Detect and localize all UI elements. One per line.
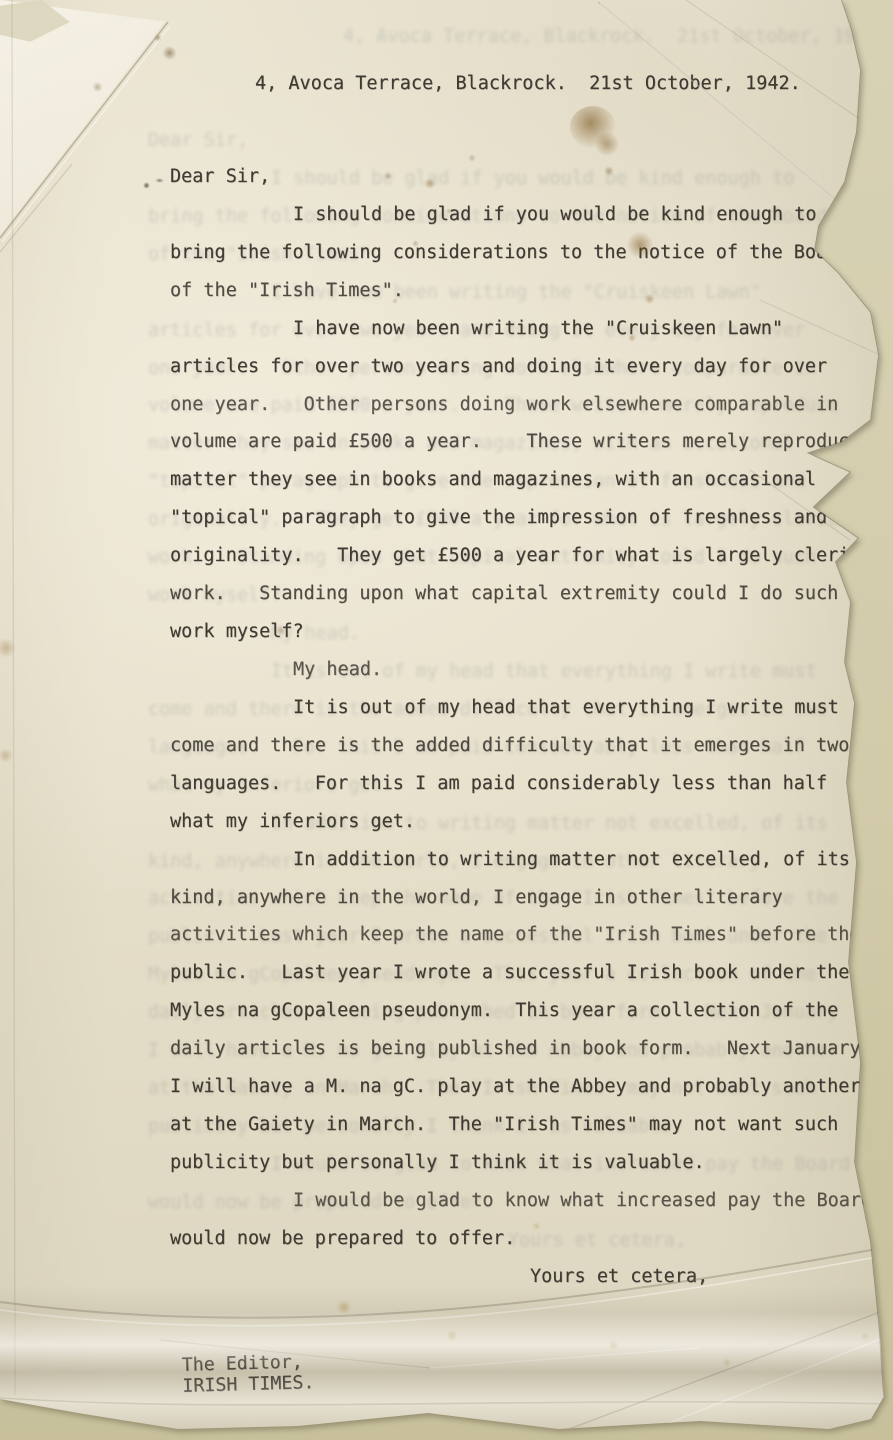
letter-line: My head. bbox=[170, 651, 893, 689]
letter-line: work. Standing upon what capital extremi… bbox=[170, 575, 893, 613]
letter-line: would now be prepared to offer. bbox=[170, 1220, 893, 1258]
letter-line: It is out of my head that everything I w… bbox=[170, 689, 893, 727]
letter-line: "topical" paragraph to give the impressi… bbox=[170, 499, 893, 537]
letter-line: activities which keep the name of the "I… bbox=[170, 916, 893, 954]
letter-line: one year. Other persons doing work elsew… bbox=[170, 386, 893, 424]
letter-line: I have now been writing the "Cruiskeen L… bbox=[170, 310, 893, 348]
letter-line: I would be glad to know what increased p… bbox=[170, 1182, 893, 1220]
letter-line: bring the following considerations to th… bbox=[170, 234, 893, 272]
letter-line: Dear Sir, bbox=[170, 158, 893, 196]
letter-body: Dear Sir,I should be glad if you would b… bbox=[170, 158, 893, 1296]
stain-mark bbox=[155, 178, 164, 183]
letter-line: In addition to writing matter not excell… bbox=[170, 841, 893, 879]
stain-mark bbox=[570, 106, 616, 148]
letter-line: come and there is the added difficulty t… bbox=[170, 727, 893, 765]
stain-mark bbox=[0, 638, 16, 658]
stain-mark bbox=[162, 46, 177, 60]
letter-line: Myles na gCopaleen pseudonym. This year … bbox=[170, 992, 893, 1030]
stain-mark bbox=[154, 34, 162, 42]
letter-line: publicity but personally I think it is v… bbox=[170, 1144, 893, 1182]
letter-line: articles for over two years and doing it… bbox=[170, 348, 893, 386]
letter-line: I will have a M. na gC. play at the Abbe… bbox=[170, 1068, 893, 1106]
letter-page: 4, Avoca Terrace, Blackrock. 21st Octobe… bbox=[0, 0, 893, 1440]
letter-line: what my inferiors get. bbox=[170, 803, 893, 841]
letter-line: kind, anywhere in the world, I engage in… bbox=[170, 879, 893, 917]
stain-mark bbox=[594, 132, 620, 156]
letter-line: languages. For this I am paid considerab… bbox=[170, 765, 893, 803]
bleed-through-text: 4, Avoca Terrace, Blackrock. 21st Octobe… bbox=[343, 26, 889, 47]
stain-mark bbox=[143, 182, 150, 189]
letter-line: Dear Sir, bbox=[148, 122, 893, 160]
letter-line: matter they see in books and magazines, … bbox=[170, 461, 893, 499]
letter-line: I should be glad if you would be kind en… bbox=[170, 196, 893, 234]
letter-line: at the Gaiety in March. The "Irish Times… bbox=[170, 1106, 893, 1144]
letter-line: volume are paid £500 a year. These write… bbox=[170, 423, 893, 461]
letter-dateline: 4, Avoca Terrace, Blackrock. 21st Octobe… bbox=[255, 72, 801, 96]
letter-line: work myself? bbox=[170, 613, 893, 651]
bottom-fold-band bbox=[0, 1285, 893, 1435]
letter-line: originality. They get £500 a year for wh… bbox=[170, 537, 893, 575]
letter-line: public. Last year I wrote a successful I… bbox=[170, 954, 893, 992]
stain-mark bbox=[0, 748, 13, 763]
letter-line: of the "Irish Times". bbox=[170, 272, 893, 310]
scan-background: 4, Avoca Terrace, Blackrock. 21st Octobe… bbox=[0, 0, 893, 1440]
letter-line: daily articles is being published in boo… bbox=[170, 1030, 893, 1068]
